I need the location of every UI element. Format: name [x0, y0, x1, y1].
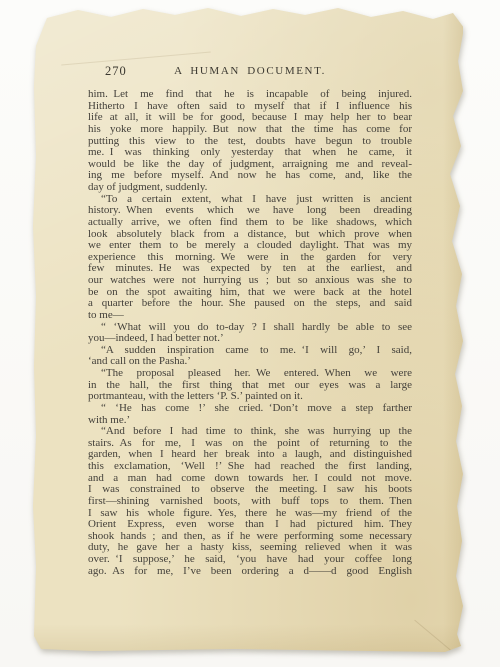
- text-line: “The proposal pleased her. We entered. W…: [88, 368, 412, 380]
- running-title: A HUMAN DOCUMENT.: [88, 65, 412, 77]
- page-header: 270 A HUMAN DOCUMENT.: [88, 64, 412, 80]
- scanned-book-photo: 270 A HUMAN DOCUMENT. him. Let me find t…: [0, 0, 500, 667]
- text-line: him. Let me find that he is incapable of…: [88, 89, 412, 101]
- text-line: our watches were not hurrying us ; but s…: [88, 275, 412, 287]
- text-line: to me—: [88, 310, 412, 322]
- text-line: first—shining varnished boots, with buff…: [88, 496, 412, 508]
- text-line: over. ‘I suppose,’ he said, ‘you have ha…: [88, 554, 412, 566]
- page-text: him. Let me find that he is incapable of…: [88, 89, 412, 577]
- text-line: “And before I had time to think, she was…: [88, 426, 412, 438]
- text-line: a quarter before the hour. She paused on…: [88, 298, 412, 310]
- text-line: Orient Express, even worse than I had pi…: [88, 519, 412, 531]
- text-line: his yoke more happily. But now that the …: [88, 124, 412, 136]
- paper-crease: [414, 620, 451, 652]
- text-line: actually arrive, we often find them to b…: [88, 217, 412, 229]
- text-line: me. I was thinking only yesterday that w…: [88, 147, 412, 159]
- book-page: 270 A HUMAN DOCUMENT. him. Let me find t…: [33, 6, 463, 652]
- text-line: “ ‘He has come !’ she cried. ‘Don’t move…: [88, 403, 412, 415]
- text-line: day of judgment, suddenly.: [88, 182, 412, 194]
- text-line: you—indeed, I had better not.’: [88, 333, 412, 345]
- text-line: ago. As for me, I’ve been ordering a d——…: [88, 566, 412, 578]
- text-line: this exclamation, ‘Well !’ She had reach…: [88, 461, 412, 473]
- text-line: we enter them to be merely a clouded day…: [88, 240, 412, 252]
- paper-shadow-wrap: 270 A HUMAN DOCUMENT. him. Let me find t…: [33, 6, 463, 652]
